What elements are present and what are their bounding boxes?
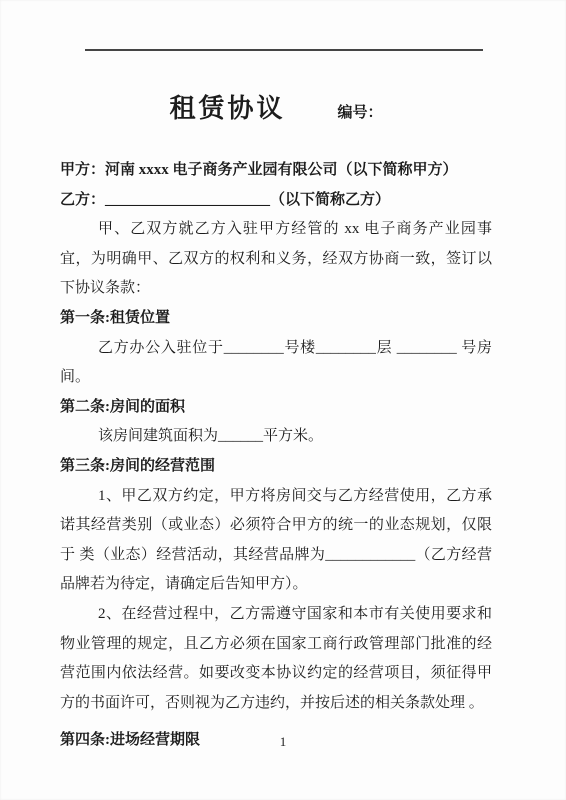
preamble-paragraph: 甲、乙双方就乙方入驻甲方经管的 xx 电子商务产业园事宜，为明确甲、乙双方的权利… <box>60 215 492 304</box>
section-1-heading: 第一条:租赁位置 <box>60 304 492 334</box>
document-title: 租赁协议 <box>169 88 285 125</box>
section-1-paragraph: 乙方办公入驻位于________号楼________层 ________ 号房间… <box>60 334 492 393</box>
document-body: 甲方：河南 xxxx 电子商务产业园有限公司（以下简称甲方） 乙方：______… <box>60 156 492 756</box>
doc-number-label: 编号： <box>338 101 383 122</box>
party-a-line: 甲方：河南 xxxx 电子商务产业园有限公司（以下简称甲方） <box>60 156 492 186</box>
party-b-blank: ______________________ <box>105 192 270 208</box>
header-rule <box>85 49 483 51</box>
party-b-line: 乙方：______________________（以下简称乙方） <box>60 186 492 216</box>
page-number: 1 <box>0 734 566 750</box>
section-3-paragraph-1: 1、甲乙双方约定，甲方将房间交与乙方经营使用，乙方承诺其经营类别（或业态）必须符… <box>60 482 492 600</box>
section-3-paragraph-2: 2、在经营过程中，乙方需遵守国家和本市有关使用要求和物业管理的规定，且乙方必须在… <box>60 600 492 718</box>
party-b-label: 乙方： <box>60 192 105 208</box>
scanned-document-page: 租赁协议 编号： 甲方：河南 xxxx 电子商务产业园有限公司（以下简称甲方） … <box>0 0 566 800</box>
section-3-heading: 第三条:房间的经营范围 <box>60 452 492 482</box>
section-2-heading: 第二条:房间的面积 <box>60 393 492 423</box>
document-header: 租赁协议 编号： <box>60 88 492 125</box>
section-2-paragraph: 该房间建筑面积为______平方米。 <box>60 422 492 452</box>
party-b-suffix: （以下简称乙方） <box>270 192 390 208</box>
